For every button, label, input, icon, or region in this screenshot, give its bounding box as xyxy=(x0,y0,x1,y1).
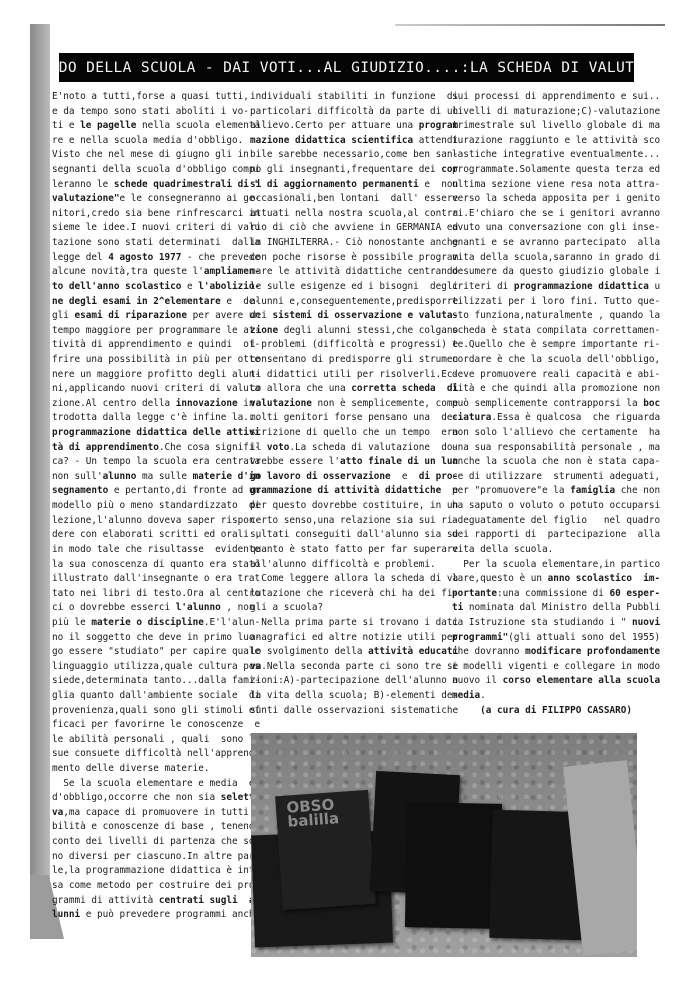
text-line: ca? - Un tempo la scuola era centrata xyxy=(52,455,242,470)
binding-margin xyxy=(30,24,50,939)
text-run: .La scheda di valutazione do- xyxy=(289,442,458,453)
article-column-1: E'noto a tutti,forse a quasi tutti,e da … xyxy=(52,90,242,923)
bold-text-run: attività educati xyxy=(368,646,458,657)
bold-text-run: si di aggiornamento permanenti xyxy=(250,179,419,190)
bold-text-run: voto xyxy=(267,442,290,453)
text-run: gli a scuola? xyxy=(250,602,323,613)
text-line: ci o dovrebbe esserci l'alunno , non xyxy=(52,601,242,616)
text-run: scrizione di quello che un tempo era xyxy=(250,427,458,438)
text-run: lo svolgimento della xyxy=(250,646,368,657)
text-run: turazione raggiunto e le attività sco xyxy=(452,135,660,146)
text-line: tività di apprendimento e quindi of- xyxy=(52,338,242,353)
text-line: sto funziona,naturalmente , quando la xyxy=(452,309,642,324)
text-run: ma sulle xyxy=(136,471,192,482)
text-run: e le consegneranno ai ge- xyxy=(120,193,261,204)
text-line: quanto è stato fatto per far superare xyxy=(250,543,445,558)
text-run: e xyxy=(181,281,198,292)
text-run: nere un maggiore profitto degli alun- xyxy=(52,369,260,380)
text-run: non è semplicemente, come xyxy=(312,398,458,409)
text-run: co allora che una xyxy=(250,383,351,394)
text-line: vita della scuola. xyxy=(452,543,642,558)
page-title: EL MONDO DELLA SCUOLA - DAI VOTI...AL GI… xyxy=(59,53,634,82)
text-line: ti e le pagelle nella scuola elementa xyxy=(52,119,242,134)
text-line: i modelli vigenti e collegare in modo xyxy=(452,660,642,675)
text-run: tilizzati per i loro fini. Tutto que- xyxy=(452,296,660,307)
bold-text-run: (a cura di FILIPPO CASSARO) xyxy=(452,705,632,716)
text-run: d'obbligo,occorre che non sia xyxy=(52,792,221,803)
text-line: dei rapporti di partecipazione alla xyxy=(452,528,642,543)
bold-text-run: segnamento xyxy=(52,485,108,496)
text-line: ficaci per favorirne le conoscenze e xyxy=(52,718,242,733)
text-line: va,ma capace di promuovere in tutti a xyxy=(52,806,242,821)
text-run: dei rapporti di partecipazione alla xyxy=(452,529,660,540)
text-run: mento delle diverse materie. xyxy=(52,763,210,774)
text-line: lunni e può prevedere programmi anche xyxy=(52,908,242,923)
text-line: tazione sono stati determinati dalla xyxy=(52,236,242,251)
text-line: linguaggio utilizza,quale cultura pos xyxy=(52,660,242,675)
page-title-text: EL MONDO DELLA SCUOLA - DAI VOTI...AL GI… xyxy=(59,59,634,76)
text-line: ni,applicando nuovi criteri di valuta xyxy=(52,382,242,397)
text-run: non sull' xyxy=(52,471,103,482)
text-run: adeguatamente del figlio nel quadro xyxy=(452,515,660,526)
text-run: ca? - Un tempo la scuola era centrata xyxy=(52,456,260,467)
text-run: ca Istruzione sta studiando i " xyxy=(452,617,632,628)
text-line: to dell'anno scolastico e l'abolizio- xyxy=(52,280,242,295)
photo-cover-text: OBSObalilla xyxy=(286,797,339,829)
text-run: sa come metodo per costruire dei pro- xyxy=(52,880,260,891)
text-line: media. xyxy=(452,689,642,704)
text-line: più le materie o discipline.E'l'alun- xyxy=(52,616,242,631)
text-run: Per la scuola elementare,in partico xyxy=(452,559,660,570)
text-line: nere un maggiore profitto degli alun- xyxy=(52,368,242,383)
text-run: ti e xyxy=(52,120,80,131)
text-run: lastiche integrative eventualmente... xyxy=(452,149,660,160)
text-line: bile sarebbe necessario,come ben san- xyxy=(250,148,445,163)
text-line: mazione didattica scientifica attendi xyxy=(250,134,445,149)
text-line: mento delle diverse materie. xyxy=(52,762,242,777)
text-run: :una commissione di xyxy=(497,588,610,599)
text-run: .Che cosa signifi- xyxy=(159,442,260,453)
text-run: frire una possibilità in più per otte xyxy=(52,354,260,365)
text-line: il voto.La scheda di valutazione do- xyxy=(250,441,445,456)
text-run: la sua conoscenza di quanto era stato xyxy=(52,559,260,570)
text-line: go lavoro di osservazione e di pro- xyxy=(250,470,445,485)
text-run: può semplicemente contrapporsi la xyxy=(452,398,643,409)
text-line: per questo dovrebbe costituire, in un xyxy=(250,499,445,514)
bold-text-run: lunni xyxy=(52,909,80,920)
text-line: non sull'alunno ma sulle materie d'in xyxy=(52,470,242,485)
text-line: anche la scuola che non è stata capa- xyxy=(452,455,642,470)
text-line: anagrafici ed altre notizie utili per xyxy=(250,631,445,646)
text-run: sultati conseguiti dall'alunno sia su xyxy=(250,529,458,540)
text-run: no il soggetto che deve in primo luo- xyxy=(52,632,260,643)
text-run: siede,determinata tanto...dalla fami- xyxy=(52,675,260,686)
text-line: tà di apprendimento.Che cosa signifi- xyxy=(52,441,242,456)
text-line: lastiche integrative eventualmente... xyxy=(452,148,642,163)
text-line: lutazione che riceverà chi ha dei fi- xyxy=(250,587,445,602)
text-line: vita della scuola,saranno in grado di xyxy=(452,251,642,266)
text-line: dei sistemi di osservazione e valuta- xyxy=(250,309,445,324)
text-line: sue consuete difficoltà nell'apprendi xyxy=(52,747,242,762)
text-line: in modo tale che risultasse evidente xyxy=(52,543,242,558)
text-run: che dovranno xyxy=(452,646,525,657)
text-line: bilità e conoscenze di base , tenendo xyxy=(52,820,242,835)
text-run: nominata dal Ministro della Pubbli xyxy=(463,602,660,613)
text-line: sunti dalle osservazioni sistematiche xyxy=(250,704,445,719)
text-line: zioni:A)-partecipazione dell'alunno a xyxy=(250,674,445,689)
text-run: . xyxy=(480,690,486,701)
bold-text-run: le pagelle xyxy=(80,120,136,131)
text-run: allievo.Certo per attuare una xyxy=(250,120,419,131)
text-run: la vita della scuola; B)-elementi de- xyxy=(250,690,458,701)
text-run: gli xyxy=(52,310,75,321)
text-line: trimestrale sul livello globale di ma xyxy=(452,119,642,134)
text-line: te.Quello che è sempre importante ri- xyxy=(452,338,642,353)
text-run: ni,applicando nuovi criteri di valuta xyxy=(52,383,260,394)
text-line: ca Istruzione sta studiando i " nuovi xyxy=(452,616,642,631)
text-line: criteri di programmazione didattica u xyxy=(452,280,642,295)
bold-text-run: ne degli esami in 2^elementare xyxy=(52,296,221,307)
bold-text-run: ti xyxy=(452,602,463,613)
text-run: tato nei libri di testo.Ora al centro xyxy=(52,588,260,599)
bold-text-run: atto finale di un lun xyxy=(340,456,458,467)
bold-text-run: ciatura xyxy=(452,412,491,423)
text-line: per "promuovere"e la famiglia che non xyxy=(452,484,642,499)
text-line: ti didattici utili per risolverli.Ec- xyxy=(250,368,445,383)
article-column-3: sui processi di apprendimento e sui..liv… xyxy=(452,90,642,718)
text-run: ci o dovrebbe esserci xyxy=(52,602,176,613)
text-run: tazione sono stati determinati dalla xyxy=(52,237,260,248)
text-line: ultima sezione viene resa nota attra- xyxy=(452,178,642,193)
text-run: e da tempo sono stati aboliti i vo- xyxy=(52,106,249,117)
text-run: alcune novità,tra queste l' xyxy=(52,266,204,277)
bold-text-run: anno scolastico im- xyxy=(548,573,661,584)
bold-text-run: corretta scheda di xyxy=(351,383,458,394)
text-line: in INGHILTERRA.- Ciò nonostante anche xyxy=(250,236,445,251)
text-run: e xyxy=(391,471,419,482)
text-line: go essere "studiato" per capire quale xyxy=(52,645,242,660)
scan-edge-line xyxy=(395,24,665,26)
text-line: grammazione di attività didattiche e xyxy=(250,484,445,499)
text-line: segnamento e pertanto,di fronte ad un xyxy=(52,484,242,499)
text-line: lo svolgimento della attività educati xyxy=(250,645,445,660)
text-line: avuto una conversazione con gli inse- xyxy=(452,221,642,236)
text-run: una sua responsabilità personale , ma xyxy=(452,442,660,453)
bold-text-run: corso elementare alla scuola xyxy=(503,675,661,686)
text-line: ri.E'chiaro che se i genitori avranno xyxy=(452,207,642,222)
text-line: sui processi di apprendimento e sui.. xyxy=(452,90,642,105)
text-line: non solo l'allievo che certamente ha xyxy=(452,426,642,441)
text-run: modello più o meno standardizzato di xyxy=(52,500,260,511)
text-run: le abilità personali , quali sono le xyxy=(52,734,260,745)
text-run: le sulle esigenze ed i bisogni degli xyxy=(250,281,458,292)
text-line: segnanti della scuola d'obbligo compi xyxy=(52,163,242,178)
text-line: dere con elaborati scritti ed orali , xyxy=(52,528,242,543)
text-line: le sulle esigenze ed i bisogni degli xyxy=(250,280,445,295)
bold-text-run: modificare profondamente xyxy=(525,646,660,657)
text-line: tempo maggiore per programmare le at- xyxy=(52,324,242,339)
bold-text-run: esami di riparazione xyxy=(75,310,188,321)
bold-text-run: l'alunno xyxy=(176,602,221,613)
text-line: le abilità personali , quali sono le xyxy=(52,733,242,748)
text-line: va.Nella seconda parte ci sono tre se xyxy=(250,660,445,675)
text-run: avuto una conversazione con gli inse- xyxy=(452,222,660,233)
text-run: ce di utilizzare strumenti adeguati, xyxy=(452,471,660,482)
text-run: non solo l'allievo che certamente ha xyxy=(452,427,660,438)
text-run: in INGHILTERRA.- Ciò nonostante anche xyxy=(250,237,458,248)
text-run: bilità e conoscenze di base , tenendo xyxy=(52,821,260,832)
text-line: la vita della scuola; B)-elementi de- xyxy=(250,689,445,704)
text-line: conto dei livelli di partenza che so- xyxy=(52,835,242,850)
text-line: con poche risorse è possibile program xyxy=(250,251,445,266)
text-run: glia quanto dall'ambiente sociale di xyxy=(52,690,260,701)
text-run: lare,questo è un xyxy=(452,573,548,584)
text-run: cordare è che la scuola dell'obbligo, xyxy=(452,354,660,365)
text-line: frire una possibilità in più per otte xyxy=(52,353,242,368)
text-line: E'noto a tutti,forse a quasi tutti, xyxy=(52,90,242,105)
text-run: quanto è stato fatto per far superare xyxy=(250,544,458,555)
bold-text-run: innovazione xyxy=(176,398,238,409)
text-run: gnanti e se avranno partecipato alla xyxy=(452,237,660,248)
bold-text-run: nuovi xyxy=(632,617,660,628)
text-run: .Nella seconda parte ci sono tre se xyxy=(261,661,458,672)
text-run: .Essa è qualcosa che riguarda xyxy=(491,412,660,423)
text-line: attuati nella nostra scuola,al contra xyxy=(250,207,445,222)
text-run: (gli attuali sono del 1955) xyxy=(508,632,660,643)
text-run: conto dei livelli di partenza che so- xyxy=(52,836,260,847)
text-line: d'obbligo,occorre che non sia seletti xyxy=(52,791,242,806)
text-run: grammi di attività xyxy=(52,895,159,906)
bold-text-run: mazione didattica scientifica xyxy=(250,135,413,146)
text-line: si di aggiornamento permanenti e non xyxy=(250,178,445,193)
text-run: ultima sezione viene resa nota attra- xyxy=(452,179,660,190)
text-run: bile sarebbe necessario,come ben san- xyxy=(250,149,458,160)
bold-text-run: valutazione" xyxy=(52,193,120,204)
text-run: linguaggio utilizza,quale cultura pos xyxy=(52,661,260,672)
text-run: zioni:A)-partecipazione dell'alunno a xyxy=(250,675,458,686)
text-run: Visto che nel mese di giugno gli in xyxy=(52,149,249,160)
text-run: consentano di predisporre gli strumen xyxy=(250,354,458,365)
text-run: lità e che quindi alla promozione non xyxy=(452,383,660,394)
text-run: in modo tale che risultasse evidente xyxy=(52,544,260,555)
text-run: sieme le idee.I nuovi criteri di valu xyxy=(52,222,260,233)
text-line: provenienza,quali sono gli stimoli ef xyxy=(52,704,242,719)
text-run: leranno le xyxy=(52,179,114,190)
text-run: i modelli vigenti e collegare in modo xyxy=(452,661,660,672)
bold-text-run: portante xyxy=(452,588,497,599)
text-line: tato nei libri di testo.Ora al centro xyxy=(52,587,242,602)
text-line: programmazione didattica delle attivi xyxy=(52,426,242,441)
text-line: scheda è stata compilata correttamen- xyxy=(452,324,642,339)
text-run: te.Quello che è sempre importante ri- xyxy=(452,339,660,350)
bold-text-run: zione xyxy=(250,325,278,336)
text-line: trodotta dalla legge c'è infine la... xyxy=(52,411,242,426)
bold-text-run: tà di apprendimento xyxy=(52,442,159,453)
text-run: vita della scuola. xyxy=(452,544,553,555)
text-line: programmi"(gli attuali sono del 1955) xyxy=(452,631,642,646)
text-run: i problemi (difficoltà e progressi) e xyxy=(250,339,458,350)
text-run: Come leggere allora la scheda di va xyxy=(250,573,458,584)
text-run: e pertanto,di fronte ad un xyxy=(108,485,260,496)
text-line: vrebbe essere l'atto finale di un lun xyxy=(250,455,445,470)
text-line: gnanti e se avranno partecipato alla xyxy=(452,236,642,251)
text-line: illustrato dall'insegnante o era trat xyxy=(52,572,242,587)
bold-text-run: alunno xyxy=(103,471,137,482)
text-line: può semplicemente contrapporsi la boc xyxy=(452,397,642,412)
text-line: programmate.Solamente questa terza ed xyxy=(452,163,642,178)
text-line: (a cura di FILIPPO CASSARO) xyxy=(452,704,642,719)
text-run: re e nella scuola media d'obbligo. xyxy=(52,135,243,146)
text-run: rio di ciò che avviene in GERMANIA ed xyxy=(250,222,458,233)
text-line: Visto che nel mese di giugno gli in xyxy=(52,148,242,163)
text-line: e da tempo sono stati aboliti i vo- xyxy=(52,105,242,120)
bold-text-run: valutazione xyxy=(250,398,312,409)
text-run: trodotta dalla legge c'è infine la... xyxy=(52,412,260,423)
text-line: una sua responsabilità personale , ma xyxy=(452,441,642,456)
text-run: anagrafici ed altre notizie utili per xyxy=(250,632,458,643)
text-run: sto funziona,naturalmente , quando la xyxy=(452,310,660,321)
text-line: deve promuovere reali capacità e abi- xyxy=(452,368,642,383)
text-line: occasionali,ben lontani dall' essere xyxy=(250,192,445,207)
text-line: valutazione non è semplicemente, come xyxy=(250,397,445,412)
article-column-2: individuali stabiliti in funzione dipart… xyxy=(250,90,445,718)
text-run: illustrato dall'insegnante o era trat xyxy=(52,573,260,584)
text-run: dere con elaborati scritti ed orali , xyxy=(52,529,260,540)
text-line: gli esami di riparazione per avere un xyxy=(52,309,242,324)
text-line: co allora che una corretta scheda di xyxy=(250,382,445,397)
text-run: nuovo il xyxy=(452,675,503,686)
text-run: zione.Al centro della xyxy=(52,398,176,409)
photo-booklet xyxy=(405,802,502,929)
bold-text-run: to dell'anno scolastico xyxy=(52,281,181,292)
text-line: adeguatamente del figlio nel quadro xyxy=(452,514,642,529)
bold-text-run: 4 agosto 1977 xyxy=(108,252,181,263)
text-run: le,la programmazione didattica è inte xyxy=(52,865,260,876)
bold-text-run: programmazione didattica xyxy=(514,281,649,292)
text-run: u xyxy=(649,281,660,292)
text-run: sue consuete difficoltà nell'apprendi xyxy=(52,748,260,759)
text-line: portante:una commissione di 60 esper- xyxy=(452,587,642,602)
text-run: Se la scuola elementare e media e' xyxy=(52,778,260,789)
text-run: ficaci per favorirne le conoscenze e xyxy=(52,719,260,730)
text-line: Per la scuola elementare,in partico xyxy=(452,558,642,573)
text-run: no gli insegnanti,frequentare dei xyxy=(250,164,441,175)
bold-text-run: va xyxy=(52,807,63,818)
text-line: lezione,l'alunno doveva saper rispon- xyxy=(52,514,242,529)
text-run: certo senso,una relazione sia sui ri- xyxy=(250,515,458,526)
text-run: E'noto a tutti,forse a quasi tutti, xyxy=(52,91,249,102)
text-line: sultati conseguiti dall'alunno sia su xyxy=(250,528,445,543)
text-run: ,ma capace di promuovere in tutti a xyxy=(63,807,260,818)
text-line: Come leggere allora la scheda di va xyxy=(250,572,445,587)
text-line: zione.Al centro della innovazione in- xyxy=(52,397,242,412)
text-line: ha saputo o voluto o potuto occuparsi xyxy=(452,499,642,514)
text-run: sui processi di apprendimento e sui.. xyxy=(452,91,660,102)
text-run: tempo maggiore per programmare le at- xyxy=(52,325,260,336)
text-line: leranno le schede quadrimestrali di " xyxy=(52,178,242,193)
report-cards-photo: OBSObalilla xyxy=(251,733,637,957)
bold-text-run: programmi" xyxy=(452,632,508,643)
text-run: segnanti della scuola d'obbligo compi xyxy=(52,164,260,175)
text-run: provenienza,quali sono gli stimoli ef xyxy=(52,705,260,716)
text-line: ciatura.Essa è qualcosa che riguarda xyxy=(452,411,642,426)
bold-text-run: schede quadrimestrali di " xyxy=(114,179,260,190)
text-line: no il soggetto che deve in primo luo- xyxy=(52,631,242,646)
text-line: siede,determinata tanto...dalla fami- xyxy=(52,674,242,689)
text-line: Se la scuola elementare e media e' xyxy=(52,777,242,792)
text-run: dei xyxy=(250,310,273,321)
text-run: ha saputo o voluto o potuto occuparsi xyxy=(452,500,660,511)
text-line: molti genitori forse pensano una de- xyxy=(250,411,445,426)
text-run: desumere da questo giudizio globale i xyxy=(452,266,660,277)
text-line: ti nominata dal Ministro della Pubbli xyxy=(452,601,642,616)
text-run: per "promuovere"e la xyxy=(452,485,570,496)
text-line: sieme le idee.I nuovi criteri di valu xyxy=(52,221,242,236)
text-run: più le xyxy=(52,617,91,628)
text-run: nitori,credo sia bene rinfrescarci in xyxy=(52,208,260,219)
text-run: go essere "studiato" per capire quale xyxy=(52,646,260,657)
text-line: ne degli esami in 2^elementare e de- xyxy=(52,295,242,310)
text-line: sa come metodo per costruire dei pro- xyxy=(52,879,242,894)
text-run: particolari difficoltà da parte di un xyxy=(250,106,458,117)
bold-text-run: famiglia xyxy=(570,485,615,496)
text-run: Nella prima parte si trovano i dati xyxy=(250,617,458,628)
bold-text-run: va xyxy=(250,661,261,672)
text-run: molti genitori forse pensano una de- xyxy=(250,412,458,423)
text-run: per questo dovrebbe costituire, in un xyxy=(250,500,458,511)
text-run: alunni e,conseguentemente,predisporre xyxy=(250,296,458,307)
text-line: gli a scuola? xyxy=(250,601,445,616)
text-line: che dovranno modificare profondamente xyxy=(452,645,642,660)
text-run: programmate.Solamente questa terza ed xyxy=(452,164,660,175)
text-run: trimestrale sul livello globale di ma xyxy=(452,120,660,131)
text-run: sunti dalle osservazioni sistematiche xyxy=(250,705,458,716)
text-line: livelli di maturazione;C)-valutazione xyxy=(452,105,642,120)
text-line: cordare è che la scuola dell'obbligo, xyxy=(452,353,642,368)
text-line: alunni e,conseguentemente,predisporre xyxy=(250,295,445,310)
text-run: ti didattici utili per risolverli.Ec- xyxy=(250,369,458,380)
text-run: livelli di maturazione;C)-valutazione xyxy=(452,106,660,117)
text-line: grammi di attività centrati sugli a- xyxy=(52,894,242,909)
text-line: modello più o meno standardizzato di xyxy=(52,499,242,514)
text-line: rio di ciò che avviene in GERMANIA ed xyxy=(250,221,445,236)
text-run: nella scuola elementa xyxy=(136,120,260,131)
text-run: degli alunni stessi,che colgano xyxy=(278,325,458,336)
text-run: con poche risorse è possibile program xyxy=(250,252,458,263)
bold-text-run: media xyxy=(452,690,480,701)
text-line: ce di utilizzare strumenti adeguati, xyxy=(452,470,642,485)
text-line: no gli insegnanti,frequentare dei cor xyxy=(250,163,445,178)
text-run: lutazione che riceverà chi ha dei fi- xyxy=(250,588,458,599)
text-run: mare le attività didattiche centrando xyxy=(250,266,458,277)
text-line: zione degli alunni stessi,che colgano xyxy=(250,324,445,339)
text-line: Nella prima parte si trovano i dati xyxy=(250,616,445,631)
text-line: no diversi per ciascuno.In altre paro xyxy=(52,850,242,865)
text-line: nitori,credo sia bene rinfrescarci in xyxy=(52,207,242,222)
text-line: la sua conoscenza di quanto era stato xyxy=(52,558,242,573)
text-line: verso la scheda apposita per i genito xyxy=(452,192,642,207)
text-line: glia quanto dall'ambiente sociale di xyxy=(52,689,242,704)
text-line: desumere da questo giudizio globale i xyxy=(452,265,642,280)
text-run: vrebbe essere l' xyxy=(250,456,340,467)
text-run: criteri di xyxy=(452,281,514,292)
bold-text-run: boc xyxy=(643,398,660,409)
text-line: i problemi (difficoltà e progressi) e xyxy=(250,338,445,353)
text-run: anche la scuola che non è stata capa- xyxy=(452,456,660,467)
text-line: particolari difficoltà da parte di un xyxy=(250,105,445,120)
text-run: il xyxy=(250,442,267,453)
text-line: le,la programmazione didattica è inte xyxy=(52,864,242,879)
